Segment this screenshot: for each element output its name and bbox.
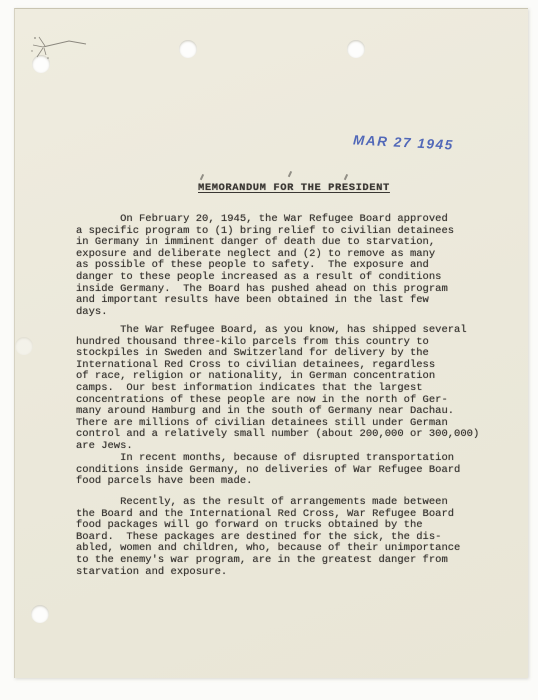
stray-tick-mark bbox=[288, 171, 292, 177]
punch-hole-top-right bbox=[347, 40, 365, 58]
date-stamp: MAR 27 1945 bbox=[353, 132, 455, 152]
punch-hole-left-middle bbox=[15, 337, 33, 355]
memo-paragraph-4: Recently, as the result of arrangements … bbox=[76, 497, 460, 578]
ink-scribble-mark bbox=[29, 31, 89, 65]
scan-background: MAR 27 1945 MEMORANDUM FOR THE PRESIDENT… bbox=[0, 0, 538, 700]
memo-paragraph-2: The War Refugee Board, as you know, has … bbox=[76, 325, 479, 453]
stray-tick-mark bbox=[200, 174, 204, 180]
memo-paragraph-1: On February 20, 1945, the War Refugee Bo… bbox=[76, 214, 454, 318]
memo-title: MEMORANDUM FOR THE PRESIDENT bbox=[198, 182, 390, 194]
memo-paragraph-3: In recent months, because of disrupted t… bbox=[76, 453, 460, 488]
punch-hole-bottom-left bbox=[31, 605, 49, 623]
stray-tick-mark bbox=[344, 174, 348, 180]
memo-page: MAR 27 1945 MEMORANDUM FOR THE PRESIDENT… bbox=[14, 8, 528, 678]
punch-hole-top-center bbox=[179, 40, 197, 58]
